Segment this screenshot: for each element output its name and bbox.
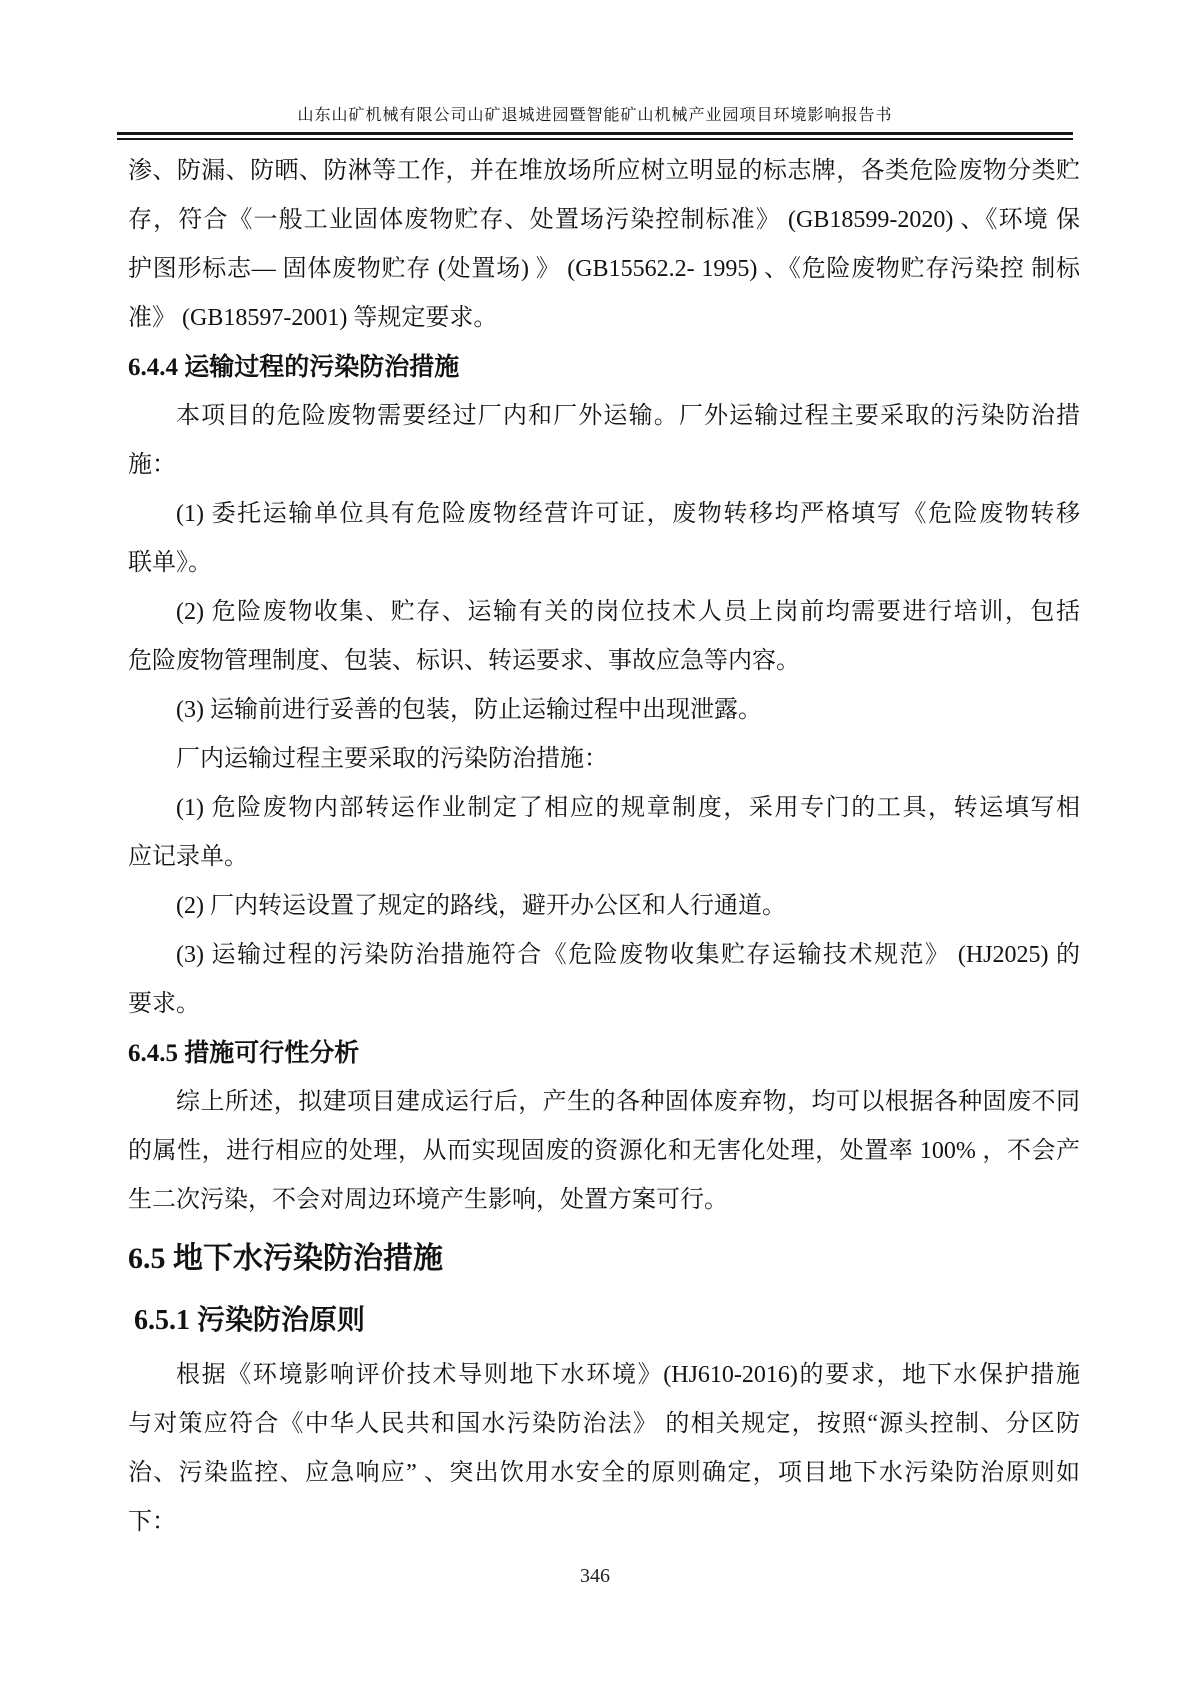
- heading-line: 6.5.1 污染防治原则: [128, 1291, 1080, 1351]
- text-line: 存，符合《一般工业固体废物贮存、处置场污染控制标准》 (GB18599-2020…: [128, 196, 1080, 245]
- text-line: (1) 危险废物内部转运作业制定了相应的规章制度，采用专门的工具，转运填写相: [128, 784, 1080, 833]
- text-line: 准》 (GB18597-2001) 等规定要求。: [128, 294, 1080, 343]
- text-line: 厂内运输过程主要采取的污染防治措施：: [128, 735, 1080, 784]
- text-line: (3) 运输前进行妥善的包装，防止运输过程中出现泄露。: [128, 686, 1080, 735]
- header-title: 山东山矿机械有限公司山矿退城进园暨智能矿山机械产业园项目环境影响报告书: [0, 102, 1190, 125]
- header-divider: [117, 132, 1073, 140]
- text-line: 应记录单。: [128, 833, 1080, 882]
- text-line: (3) 运输过程的污染防治措施符合《危险废物收集贮存运输技术规范》 (HJ202…: [128, 931, 1080, 980]
- text-line: 根据《环境影响评价技术导则地下水环境》(HJ610-2016)的要求，地下水保护…: [128, 1351, 1080, 1400]
- text-line: 综上所述，拟建项目建成运行后，产生的各种固体废弃物，均可以根据各种固废不同: [128, 1078, 1080, 1127]
- heading-line: 6.4.5 措施可行性分析: [128, 1029, 1080, 1078]
- text-line: 渗、防漏、防晒、防淋等工作，并在堆放场所应树立明显的标志牌，各类危险废物分类贮: [128, 147, 1080, 196]
- text-line: 护图形标志— 固体废物贮存 (处置场) 》 (GB15562.2- 1995) …: [128, 245, 1080, 294]
- text-line: 治、污染监控、应急响应” 、突出饮用水安全的原则确定，项目地下水污染防治原则如: [128, 1449, 1080, 1498]
- text-line: 生二次污染，不会对周边环境产生影响，处置方案可行。: [128, 1176, 1080, 1225]
- text-line: 本项目的危险废物需要经过厂内和厂外运输。厂外运输过程主要采取的污染防治措: [128, 392, 1080, 441]
- heading-line: 6.5 地下水污染防治措施: [128, 1227, 1080, 1291]
- text-line: (2) 危险废物收集、贮存、运输有关的岗位技术人员上岗前均需要进行培训，包括: [128, 588, 1080, 637]
- page-header: 山东山矿机械有限公司山矿退城进园暨智能矿山机械产业园项目环境影响报告书: [0, 102, 1190, 140]
- text-line: (2) 厂内转运设置了规定的路线，避开办公区和人行通道。: [128, 882, 1080, 931]
- text-line: 下：: [128, 1498, 1080, 1547]
- text-line: (1) 委托运输单位具有危险废物经营许可证，废物转移均严格填写《危险废物转移: [128, 490, 1080, 539]
- text-line: 危险废物管理制度、包装、标识、转运要求、事故应急等内容。: [128, 637, 1080, 686]
- document-page: 山东山矿机械有限公司山矿退城进园暨智能矿山机械产业园项目环境影响报告书 渗、防漏…: [0, 0, 1190, 1683]
- page-number: 346: [580, 1565, 610, 1587]
- page-footer: 346: [0, 1565, 1190, 1588]
- heading-line: 6.4.4 运输过程的污染防治措施: [128, 343, 1080, 392]
- text-line: 与对策应符合《中华人民共和国水污染防治法》 的相关规定，按照“源头控制、分区防: [128, 1400, 1080, 1449]
- text-line: 要求。: [128, 980, 1080, 1029]
- text-line: 联单》。: [128, 539, 1080, 588]
- text-line: 的属性，进行相应的处理，从而实现固废的资源化和无害化处理，处置率 100% ，不…: [128, 1127, 1080, 1176]
- document-content: 渗、防漏、防晒、防淋等工作，并在堆放场所应树立明显的标志牌，各类危险废物分类贮存…: [128, 147, 1080, 1547]
- text-line: 施：: [128, 441, 1080, 490]
